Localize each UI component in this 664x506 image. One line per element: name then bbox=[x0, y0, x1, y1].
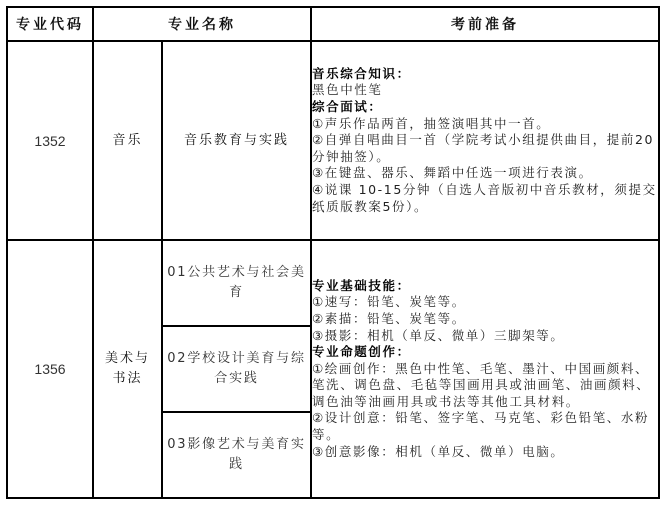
prep-item: ③摄影：相机（单反、微单）三脚架等。 bbox=[312, 328, 658, 345]
major-name: 02学校设计美育与综合实践 bbox=[162, 326, 311, 412]
exam-preparation-table: 专业代码 专业名称 考前准备 1352 音乐 音乐教育与实践 音乐综合知识： 黑… bbox=[6, 6, 660, 499]
prep-item: 黑色中性笔 bbox=[312, 82, 658, 99]
major-category: 美术与书法 bbox=[93, 240, 162, 498]
section-title: 专业命题创作： bbox=[312, 344, 658, 361]
major-category: 音乐 bbox=[93, 41, 162, 240]
section-title: 专业基础技能： bbox=[312, 278, 658, 295]
prep-item: ③在键盘、器乐、舞蹈中任选一项进行表演。 bbox=[312, 165, 658, 182]
major-name: 01公共艺术与社会美育 bbox=[162, 240, 311, 326]
prep-item: ②自弹自唱曲目一首（学院考试小组提供曲目，提前20分钟抽签）。 bbox=[312, 132, 658, 165]
prep-item: ②素描：铅笔、炭笔等。 bbox=[312, 311, 658, 328]
header-major-code: 专业代码 bbox=[7, 7, 93, 41]
section-title: 综合面试： bbox=[312, 99, 658, 116]
table-row-music: 1352 音乐 音乐教育与实践 音乐综合知识： 黑色中性笔 综合面试： ①声乐作… bbox=[7, 41, 659, 240]
prep-item: ③创意影像：相机（单反、微单）电脑。 bbox=[312, 444, 658, 461]
prep-item: ④说课 10-15分钟（自选人音版初中音乐教材，须提交纸质版教案5份）。 bbox=[312, 182, 658, 215]
header-row: 专业代码 专业名称 考前准备 bbox=[7, 7, 659, 41]
header-major-name: 专业名称 bbox=[93, 7, 311, 41]
prep-item: ②设计创意：铅笔、签字笔、马克笔、彩色铅笔、水粉等。 bbox=[312, 410, 658, 443]
major-name: 音乐教育与实践 bbox=[162, 41, 311, 240]
major-name: 03影像艺术与美育实践 bbox=[162, 412, 311, 498]
exam-preparation-cell: 音乐综合知识： 黑色中性笔 综合面试： ①声乐作品两首，抽签演唱其中一首。 ②自… bbox=[311, 41, 659, 240]
header-exam-preparation: 考前准备 bbox=[311, 7, 659, 41]
major-code: 1356 bbox=[7, 240, 93, 498]
prep-item: ①速写：铅笔、炭笔等。 bbox=[312, 294, 658, 311]
section-title: 音乐综合知识： bbox=[312, 66, 658, 83]
prep-item: ①绘画创作：黑色中性笔、毛笔、墨汁、中国画颜料、笔洗、调色盘、毛毡等国画用具或油… bbox=[312, 361, 658, 411]
prep-item: ①声乐作品两首，抽签演唱其中一首。 bbox=[312, 116, 658, 133]
table-row-fine-arts: 1356 美术与书法 01公共艺术与社会美育 专业基础技能： ①速写：铅笔、炭笔… bbox=[7, 240, 659, 326]
major-code: 1352 bbox=[7, 41, 93, 240]
exam-preparation-cell: 专业基础技能： ①速写：铅笔、炭笔等。 ②素描：铅笔、炭笔等。 ③摄影：相机（单… bbox=[311, 240, 659, 498]
